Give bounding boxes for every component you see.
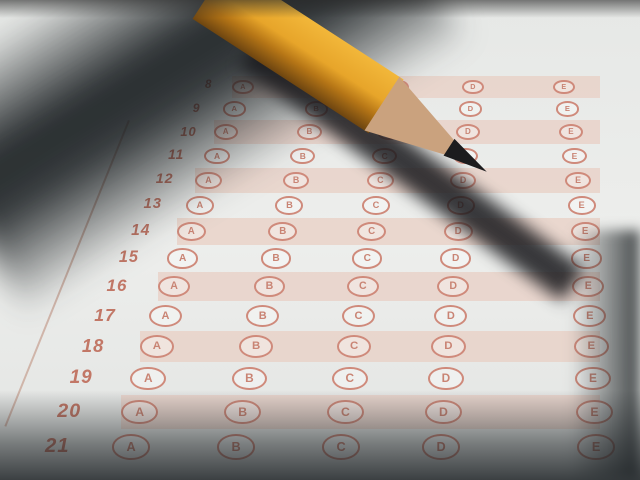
bubble-c: C [362, 196, 390, 215]
bubble-a: A [140, 335, 174, 358]
question-number: 16 [107, 276, 128, 296]
bubble-e: E [568, 196, 596, 215]
bubble-d: D [440, 248, 470, 268]
bubble-c: C [332, 367, 368, 391]
bubble-a: A [130, 367, 166, 391]
bubble-e: E [556, 101, 579, 116]
answer-row: 17ABCDE [0, 301, 640, 323]
bubble-e: E [562, 148, 587, 165]
bubble-d: D [431, 335, 465, 358]
bubble-c: C [342, 305, 375, 327]
answer-row: 18ABCDE [0, 331, 640, 353]
bubble-b: B [232, 367, 268, 391]
bubble-c: C [352, 248, 382, 268]
bubble-e: E [553, 80, 575, 94]
bubble-b: B [261, 248, 291, 268]
bubble-b: B [275, 196, 303, 215]
bubble-a: A [158, 276, 190, 297]
bubble-a: A [167, 248, 197, 268]
shadow-top [0, 0, 640, 18]
bubble-d: D [437, 276, 469, 297]
bubble-d: D [459, 101, 482, 116]
bubble-d: D [428, 367, 464, 391]
question-number: 18 [82, 335, 104, 357]
bubble-d: D [462, 80, 484, 94]
bubble-b: B [254, 276, 286, 297]
bubble-e: E [559, 124, 583, 140]
question-number: 19 [70, 367, 93, 389]
question-number: 17 [94, 305, 116, 326]
bubble-c: C [347, 276, 379, 297]
bubble-b: B [239, 335, 273, 358]
shadow-bottom [0, 390, 640, 480]
bubble-b: B [246, 305, 279, 327]
bubble-c: C [337, 335, 371, 358]
bubble-a: A [177, 222, 206, 241]
bubble-d: D [434, 305, 467, 327]
photo-scene: 8ABCDE9ABCDE10ABCDE11ABCDE12ABCDE13ABCDE… [0, 0, 640, 480]
answer-row: 19ABCDE [0, 362, 640, 384]
bubble-a: A [149, 305, 182, 327]
